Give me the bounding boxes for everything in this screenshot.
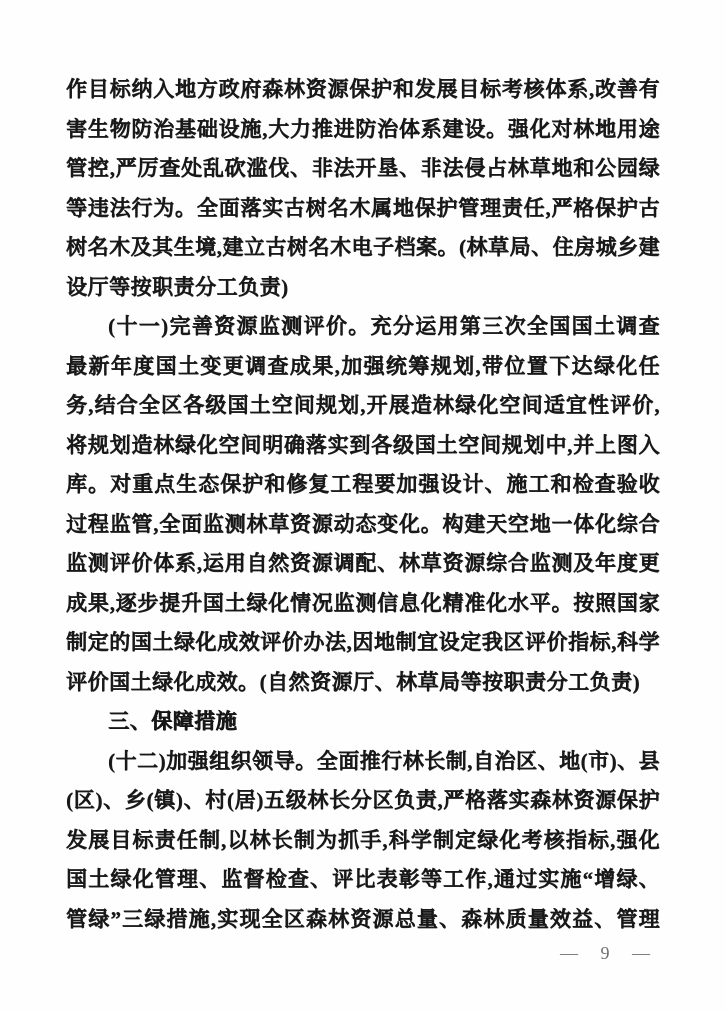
text-line: 评价国土绿化成效。(自然资源厅、林草局等按职责分工负责) xyxy=(66,663,660,703)
document-text-block: 作目标纳入地方政府森林资源保护和发展目标考核体系,改善有害生物防治基础设施,大力… xyxy=(66,70,660,939)
text-line: (十一)完善资源监测评价。充分运用第三次全国国土调查和 xyxy=(66,307,660,347)
text-line: 制定的国土绿化成效评价办法,因地制宜设定我区评价指标,科学 xyxy=(66,623,660,663)
section-heading: 三、保障措施 xyxy=(66,702,660,742)
text-line: 害生物防治基础设施,大力推进防治体系建设。强化对林地用途 xyxy=(66,110,660,150)
text-line: 将规划造林绿化空间明确落实到各级国土空间规划中,并上图入 xyxy=(66,426,660,466)
text-line: 库。对重点生态保护和修复工程要加强设计、施工和检查验收全 xyxy=(66,465,660,505)
page-number: — 9 — xyxy=(560,943,652,964)
text-line: 等违法行为。全面落实古树名木属地保护管理责任,严格保护古 xyxy=(66,189,660,229)
text-line: 务,结合全区各级国土空间规划,开展造林绿化空间适宜性评价, xyxy=(66,386,660,426)
text-line: 管绿”三绿措施,实现全区森林资源总量、森林质量效益、管理保护 xyxy=(66,900,660,940)
text-line: (区)、乡(镇)、村(居)五级林长分区负责,严格落实森林资源保护 xyxy=(66,781,660,821)
document-page: 作目标纳入地方政府森林资源保护和发展目标考核体系,改善有害生物防治基础设施,大力… xyxy=(0,0,726,1013)
text-line: 成果,逐步提升国土绿化情况监测信息化精准化水平。按照国家 xyxy=(66,584,660,624)
text-line: 管控,严厉查处乱砍滥伐、非法开垦、非法侵占林草地和公园绿地 xyxy=(66,149,660,189)
text-line: 最新年度国土变更调查成果,加强统筹规划,带位置下达绿化任 xyxy=(66,347,660,387)
text-line: 树名木及其生境,建立古树名木电子档案。(林草局、住房城乡建 xyxy=(66,228,660,268)
text-line: 发展目标责任制,以林长制为抓手,科学制定绿化考核指标,强化 xyxy=(66,821,660,861)
text-line: 作目标纳入地方政府森林资源保护和发展目标考核体系,改善有 xyxy=(66,70,660,110)
text-line: 监测评价体系,运用自然资源调配、林草资源综合监测及年度更新 xyxy=(66,544,660,584)
text-line: (十二)加强组织领导。全面推行林长制,自治区、地(市)、县 xyxy=(66,742,660,782)
text-line: 过程监管,全面监测林草资源动态变化。构建天空地一体化综合 xyxy=(66,505,660,545)
text-line: 设厅等按职责分工负责) xyxy=(66,268,660,308)
text-line: 国土绿化管理、监督检查、评比表彰等工作,通过实施“增绿、护绿、 xyxy=(66,860,660,900)
